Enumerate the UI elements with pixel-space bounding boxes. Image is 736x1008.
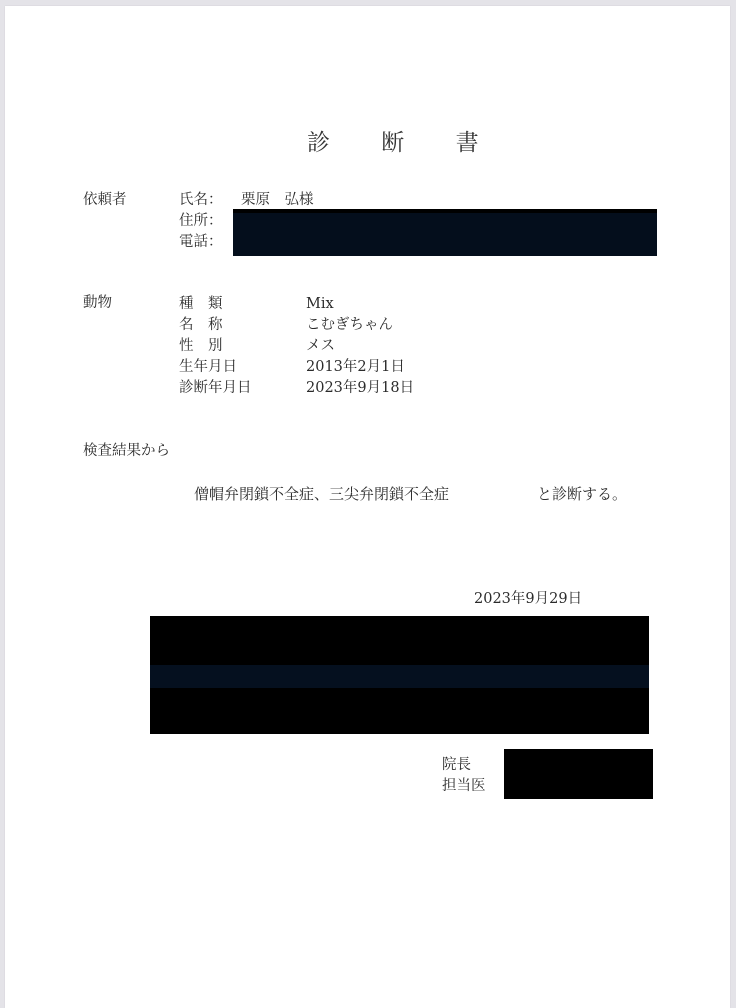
animal-birthdate-value: 2013年2月1日 [306, 357, 405, 377]
requester-name-value: 栗原 弘様 [241, 190, 314, 210]
requester-address-label: 住所： [179, 211, 223, 231]
diagnosis-date-label: 診断年月日 [179, 378, 252, 398]
requester-section-label: 依頼者 [83, 190, 127, 210]
redacted-clinic-block [150, 616, 649, 734]
redacted-signature-names [504, 749, 653, 799]
doctor-label: 担当医 [442, 776, 486, 796]
document-page: 診 断 書 依頼者 氏名： 栗原 弘様 住所： 電話： 動物 種 類 Mix 名… [5, 6, 730, 1008]
animal-section-label: 動物 [83, 293, 112, 313]
animal-name-label: 名 称 [179, 315, 223, 335]
requester-phone-label: 電話： [179, 232, 223, 252]
findings-intro: 検査結果から [83, 441, 170, 461]
animal-sex-value: メス [306, 336, 335, 356]
director-label: 院長 [442, 755, 471, 775]
animal-sex-label: 性 別 [179, 336, 223, 356]
diagnosis-date-value: 2023年9月18日 [306, 378, 414, 398]
diagnosis-text: 僧帽弁閉鎖不全症、三尖弁閉鎖不全症 [194, 484, 449, 504]
redacted-address-phone [233, 209, 657, 256]
animal-name-value: こむぎちゃん [306, 315, 393, 335]
redaction-stripe [150, 665, 649, 688]
animal-birthdate-label: 生年月日 [179, 357, 237, 377]
diagnosis-suffix: と診断する。 [537, 484, 627, 504]
requester-name-label: 氏名： [179, 190, 223, 210]
issue-date: 2023年9月29日 [474, 589, 582, 609]
animal-type-label: 種 類 [179, 294, 223, 314]
animal-type-value: Mix [306, 294, 334, 314]
document-title: 診 断 書 [307, 124, 501, 157]
